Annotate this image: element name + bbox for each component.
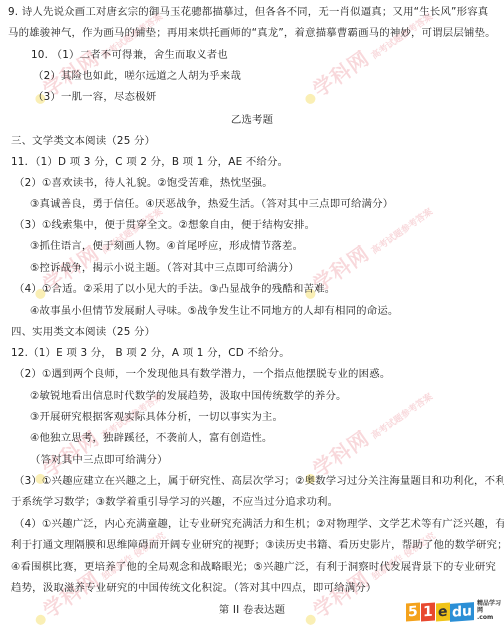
mortarboard-icon (303, 92, 317, 106)
text-line: 于系统学习数学；③数学着重引导学习的兴趣，不应当过分追求功利。 (11, 495, 338, 509)
text-line: ③真诚善良，勇于信任。④厌恶战争，热爱生活。（答对其中三点即可给满分） (30, 197, 393, 211)
text-line: （答对其中三点即可给满分） (30, 453, 168, 467)
text-line: 三、文学类文本阅读（25 分） (11, 134, 155, 148)
logo-char: e (436, 603, 450, 622)
logo-char: du (450, 602, 474, 622)
text-line: 11．（1）D 项 3 分，C 项 2 分，B 项 1 分，AE 不给分。 (11, 155, 288, 169)
text-line: 四、实用类文本阅读（25 分） (11, 325, 155, 339)
text-line: （2）①喜欢读书，待人礼貌。②饱受苦难，热忱坚强。 (14, 176, 273, 190)
text-line: （2）①遇到两个良师，一个发现他具有数学潜力，一个指点他摆脱专业的困惑。 (14, 367, 390, 381)
text-line: （3）一肌一容，尽态极妍 (33, 90, 156, 104)
text-line: ④他独立思考，独辟蹊径，不袭前人，富有创造性。 (30, 431, 273, 445)
text-line: （4）①兴趣广泛，内心充满童趣，让专业研究充满活力和生机；②对物理学、文学艺术等… (14, 517, 504, 531)
text-line: （3）①兴趣应建立在兴趣之上，属于研究性、高层次学习；②奥数学习过分关注海量题目… (14, 474, 504, 488)
logo-tagline: 精品学习网 (477, 600, 504, 614)
logo-char: 5 (406, 603, 420, 622)
section-heading: 乙选考题 (0, 113, 504, 127)
text-line: 利于打通文理隔膜和思维障碍而开阔专业研究的视野；③读历史书籍、看历史影片，帮助了… (11, 538, 504, 552)
site-logo: 5 1 e du 精品学习网 .com (406, 600, 504, 621)
text-line: ②敏锐地看出信息时代数学的发展趋势，汲取中国传统数学的养分。 (30, 389, 347, 403)
text-line: ③抓住语言，便于刻画人物。④首尾呼应，形成情节落差。 (30, 239, 303, 253)
text-line: 马的雄骏神气，作为画马的铺垫；再用来烘托画师的“真龙”，着意描摹曹霸画马的神妙，… (8, 26, 496, 40)
document-page: 学科网高考试题参考答案学科网高考试题参考答案学科网高考试题参考答案学科网高考试题… (0, 0, 504, 627)
text-line: 9. 诗人先说众画工对唐玄宗的御马玉花骢都描摹过，但各各不同，无一肖似逼真；又用… (8, 5, 488, 19)
text-line: 12.（1）E 项 3 分， B 项 2 分，A 项 1 分，CD 不给分。 (11, 346, 290, 360)
logo-char: 1 (421, 603, 435, 622)
watermark-brand: 学科网 (308, 46, 373, 102)
watermark-tagline: 高考试题参考答案 (370, 207, 435, 256)
text-line: ⑤控诉战争，揭示小说主题。（答对其中三点即可给满分） (30, 261, 299, 275)
text-line: （3）①线索集中，便于贯穿全文。②想象自由，便于结构安排。 (14, 218, 315, 232)
text-line: （2）其险也如此，嗟尔远道之人胡为乎来哉 (33, 69, 241, 83)
text-line: （4）①合适。②采用了以小见大的手法。③凸显战争的残酷和苦难。 (14, 282, 335, 296)
text-line: ④故事虽小但情节发展耐人寻味。⑤战争发生让不同地方的人却有相同的命运。 (30, 304, 399, 318)
text-line: ④看围棋比赛，更培养了他的全局观念和战略眼光；⑤兴趣广泛，有利于洞察时代发展背景… (11, 560, 496, 574)
logo-domain: .com (477, 614, 504, 621)
text-line: 10. （1）二者不可得兼，舍生而取义者也 (31, 48, 228, 62)
text-line: 趋势，汲取滋养专业研究的中国传统文化积淀。（答对其中四点，即可给满分） (11, 581, 376, 595)
logo-text: 精品学习网 .com (477, 600, 504, 621)
watermark-tagline: 高考试题参考答案 (370, 392, 435, 441)
text-line: ③开展研究根据客观实际具体分析，一切以事实为主。 (30, 410, 283, 424)
